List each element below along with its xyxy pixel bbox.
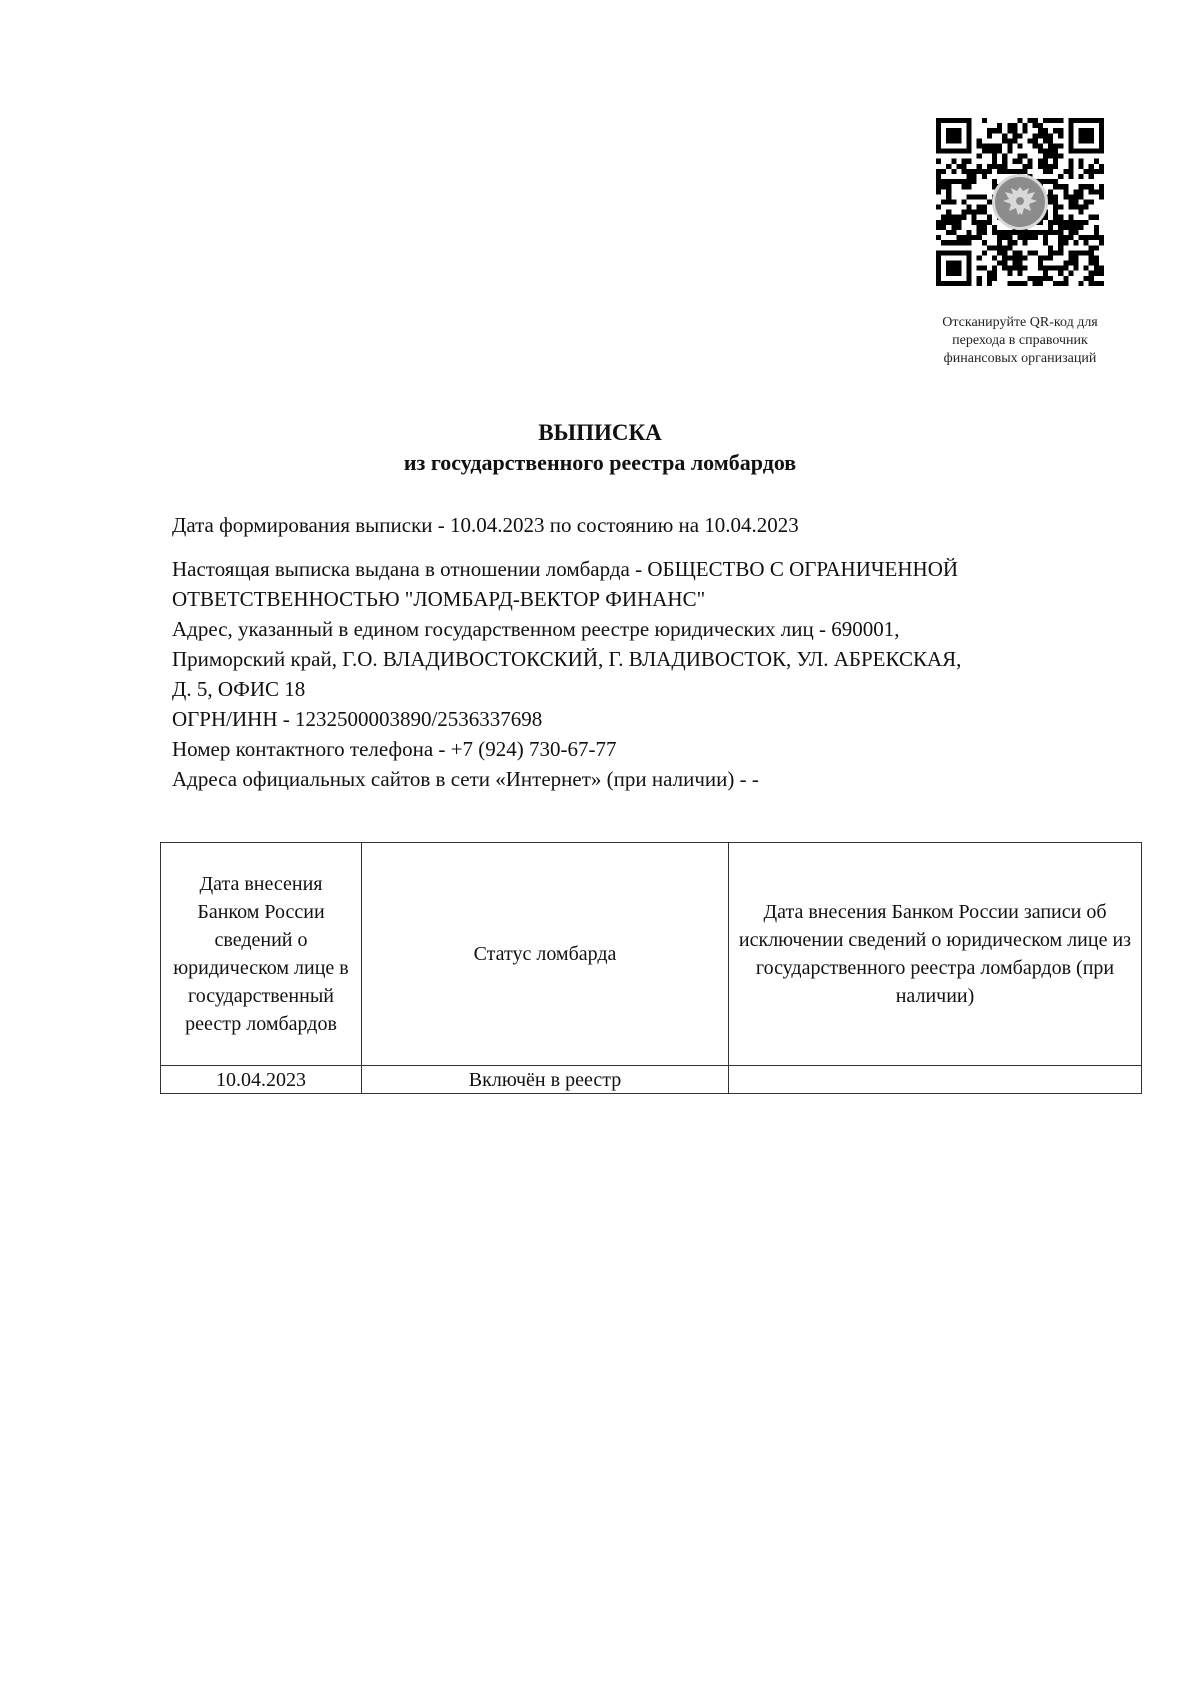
pawnshop-info: Настоящая выписка выдана в отношении лом…: [172, 554, 1132, 794]
qr-code-icon: [936, 118, 1104, 286]
cell-exclusion-date: [729, 1066, 1142, 1094]
qr-block: Отсканируйте QR-код для перехода в справ…: [920, 118, 1120, 368]
qr-caption: Отсканируйте QR-код для перехода в справ…: [920, 314, 1120, 368]
document-subtitle: из государственного реестра ломбардов: [0, 448, 1200, 478]
header-status: Статус ломбарда: [362, 843, 729, 1066]
info-line-address-cont: Приморский край, Г.О. ВЛАДИВОСТОКСКИЙ, Г…: [172, 644, 1132, 674]
info-line-address-cont: Д. 5, ОФИС 18: [172, 674, 1132, 704]
qr-caption-line: перехода в справочник: [920, 332, 1120, 350]
document-title-block: ВЫПИСКА из государственного реестра ломб…: [0, 418, 1200, 478]
info-line-phone: Номер контактного телефона - +7 (924) 73…: [172, 734, 1132, 764]
header-exclusion-date: Дата внесения Банком России записи об ис…: [729, 843, 1142, 1066]
cell-inclusion-date: 10.04.2023: [161, 1066, 362, 1094]
info-line-address: Адрес, указанный в едином государственно…: [172, 614, 1132, 644]
document-title: ВЫПИСКА: [0, 418, 1200, 448]
qr-caption-line: финансовых организаций: [920, 350, 1120, 368]
info-line-websites: Адреса официальных сайтов в сети «Интерн…: [172, 764, 1132, 794]
info-line-entity-name-cont: ОТВЕТСТВЕННОСТЬЮ "ЛОМБАРД-ВЕКТОР ФИНАНС": [172, 584, 1132, 614]
registry-table: Дата внесения Банком России сведений о ю…: [160, 842, 1142, 1094]
bank-of-russia-eagle-icon: [992, 174, 1048, 230]
statement-date-line: Дата формирования выписки - 10.04.2023 п…: [172, 510, 1132, 540]
info-line-entity-name: Настоящая выписка выдана в отношении лом…: [172, 554, 1132, 584]
table-row: 10.04.2023 Включён в реестр: [161, 1066, 1142, 1094]
info-line-ogrn-inn: ОГРН/ИНН - 1232500003890/2536337698: [172, 704, 1132, 734]
table-header-row: Дата внесения Банком России сведений о ю…: [161, 843, 1142, 1066]
cell-status: Включён в реестр: [362, 1066, 729, 1094]
qr-caption-line: Отсканируйте QR-код для: [920, 314, 1120, 332]
header-inclusion-date: Дата внесения Банком России сведений о ю…: [161, 843, 362, 1066]
